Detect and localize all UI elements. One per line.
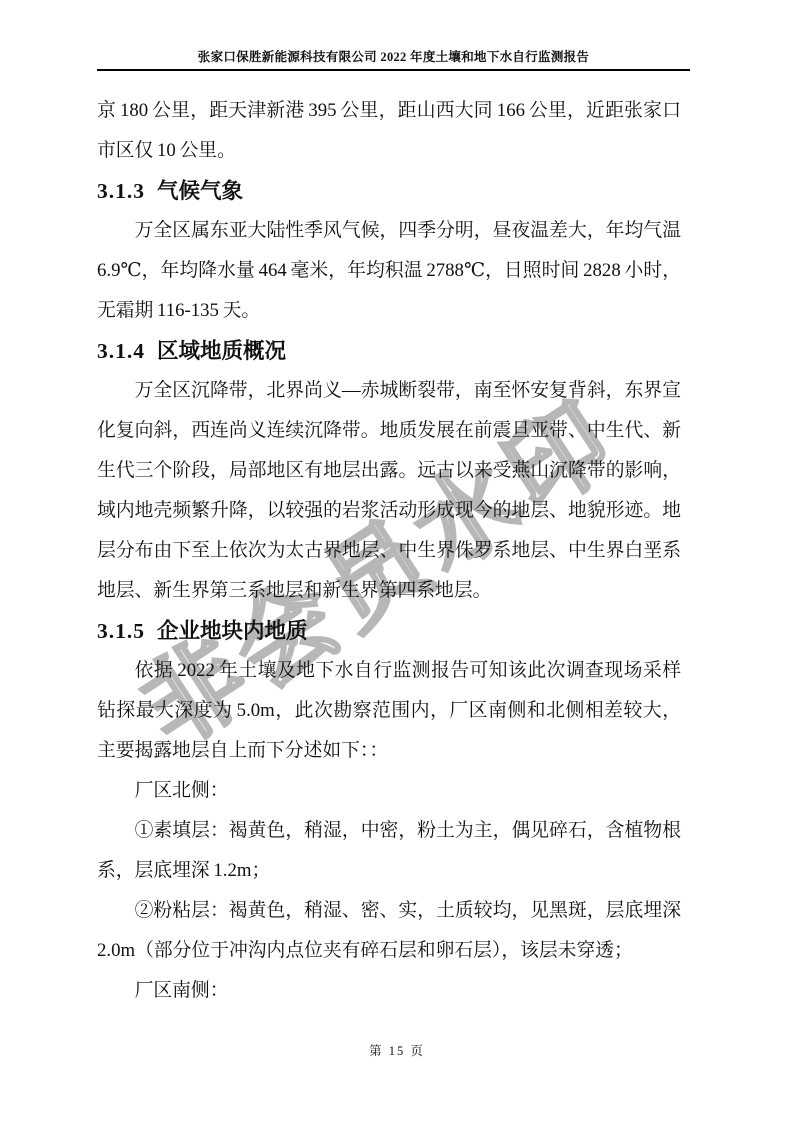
paragraph: ①素填层：褐黄色，稍湿，中密，粉土为主，偶见碎石，含植物根系，层底埋深 1.2m… bbox=[97, 811, 681, 891]
document-page: 非会员水印 张家口保胜新能源科技有限公司 2022 年度土壤和地下水自行监测报告… bbox=[0, 0, 794, 1123]
section-title: 区域地质概况 bbox=[157, 339, 286, 363]
paragraph: 万全区属东亚大陆性季风气候，四季分明，昼夜温差大，年均气温 6.9℃，年均降水量… bbox=[97, 211, 681, 331]
section-title: 企业地块内地质 bbox=[157, 619, 308, 643]
section-number: 3.1.5 bbox=[97, 619, 145, 643]
paragraph: 京 180 公里，距天津新港 395 公里，距山西大同 166 公里，近距张家口… bbox=[97, 91, 681, 171]
paragraph: 厂区北侧： bbox=[97, 771, 681, 811]
section-heading: 3.1.4区域地质概况 bbox=[97, 331, 681, 371]
paragraph: ②粉粘层：褐黄色，稍湿、密、实，土质较均，见黑斑，层底埋深 2.0m（部分位于冲… bbox=[97, 891, 681, 971]
page-number: 第 15 页 bbox=[369, 1044, 425, 1058]
header-rule bbox=[97, 69, 690, 71]
paragraph: 依据 2022 年土壤及地下水自行监测报告可知该此次调查现场采样钻探最大深度为 … bbox=[97, 651, 681, 771]
section-number: 3.1.3 bbox=[97, 179, 145, 203]
report-title: 张家口保胜新能源科技有限公司 2022 年度土壤和地下水自行监测报告 bbox=[97, 48, 690, 66]
page-footer: 第 15 页 bbox=[0, 1041, 794, 1059]
section-heading: 3.1.5企业地块内地质 bbox=[97, 611, 681, 651]
page-header: 张家口保胜新能源科技有限公司 2022 年度土壤和地下水自行监测报告 bbox=[97, 48, 690, 71]
document-body: 京 180 公里，距天津新港 395 公里，距山西大同 166 公里，近距张家口… bbox=[97, 91, 681, 1011]
section-heading: 3.1.3气候气象 bbox=[97, 171, 681, 211]
section-number: 3.1.4 bbox=[97, 339, 145, 363]
paragraph: 厂区南侧： bbox=[97, 971, 681, 1011]
paragraph: 万全区沉降带，北界尚义—赤城断裂带，南至怀安复背斜，东界宣化复向斜，西连尚义连续… bbox=[97, 371, 681, 611]
section-title: 气候气象 bbox=[157, 179, 243, 203]
